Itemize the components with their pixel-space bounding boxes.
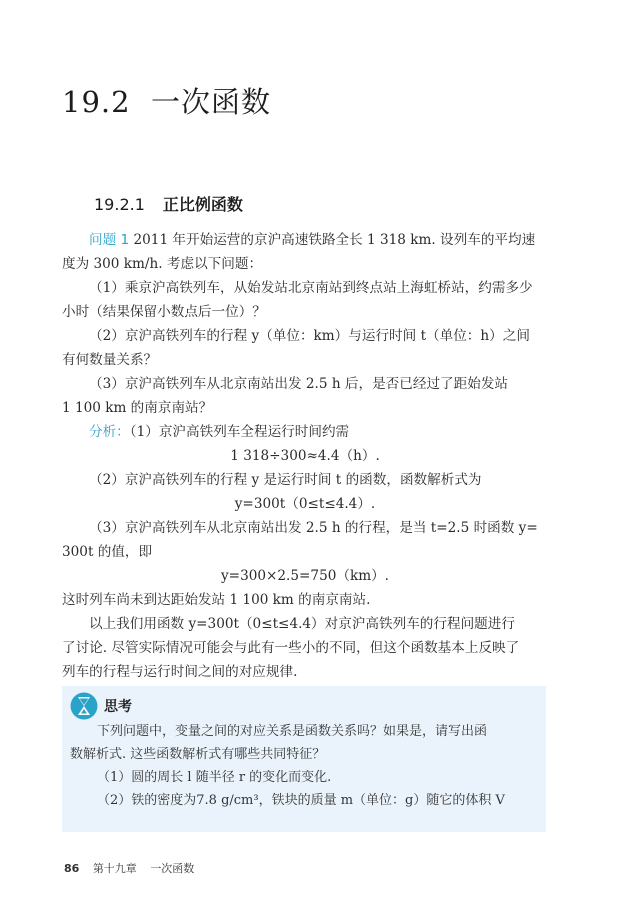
chapter-title: 一次函数 [150,862,194,875]
analysis-part3-cont: 300t 的值，即 [62,540,548,564]
hourglass-icon [70,692,98,720]
think-intro-cont: 数解析式. 这些函数解析式有哪些共同特征？ [70,743,540,766]
section-title: 19.2 一次函数 [62,80,271,121]
think-intro: 下列问题中，变量之间的对应关系是函数关系吗？如果是，请写出函 [70,720,540,743]
problem-line: 问题 1 2011 年开始运营的京沪高速铁路全长 1 318 km. 设列车的平… [62,228,548,252]
subsection-name: 正比例函数 [163,195,243,214]
section-name: 一次函数 [151,85,271,119]
chapter-label: 第十九章 [93,862,137,875]
analysis-label: 分析： [89,424,130,440]
subsection-number: 19.2.1 [94,195,145,214]
question-2: （2）京沪高铁列车的行程 y（单位：km）与运行时间 t（单位：h）之间 [62,324,548,348]
think-content: 下列问题中，变量之间的对应关系是函数关系吗？如果是，请写出函 数解析式. 这些函… [70,720,540,812]
analysis-conclusion: 这时列车尚未到达距始发站 1 100 km 的南京南站. [62,588,548,612]
think-header: 思考 [70,692,132,720]
page-number: 86 [64,862,79,875]
analysis-part2: （2）京沪高铁列车的行程 y 是运行时间 t 的函数，函数解析式为 [62,468,548,492]
analysis-part1: 分析：（1）京沪高铁列车全程运行时间约需 [62,420,548,444]
question-3-cont: 1 100 km 的南京南站？ [62,396,548,420]
think-box: 思考 下列问题中，变量之间的对应关系是函数关系吗？如果是，请写出函 数解析式. … [62,686,546,832]
section-number: 19.2 [62,85,131,119]
think-item-2: （2）铁的密度为7.8 g/cm³，铁块的质量 m（单位：g）随它的体积 V [70,789,540,812]
problem-line: 度为 300 km/h. 考虑以下问题： [62,252,548,276]
analysis-formula-1: 1 318÷300≈4.4（h）. [62,444,548,468]
subsection-title: 19.2.1正比例函数 [94,192,243,215]
think-title: 思考 [104,696,132,716]
problem-block: 问题 1 2011 年开始运营的京沪高速铁路全长 1 318 km. 设列车的平… [62,228,548,684]
discussion-line: 列车的行程与运行时间之间的对应规律. [62,660,548,684]
question-2-cont: 有何数量关系？ [62,348,548,372]
analysis-formula-3: y=300×2.5=750（km）. [62,564,548,588]
question-1-cont: 小时（结果保留小数点后一位）？ [62,300,548,324]
page-footer: 86 第十九章 一次函数 [64,860,194,876]
discussion-line: 了讨论. 尽管实际情况可能会与此有一些小的不同，但这个函数基本上反映了 [62,636,548,660]
problem-label: 问题 1 [89,232,129,248]
analysis-part3: （3）京沪高铁列车从北京南站出发 2.5 h 的行程，是当 t=2.5 时函数 … [62,516,548,540]
think-item-1: （1）圆的周长 l 随半径 r 的变化而变化. [70,766,540,789]
question-3: （3）京沪高铁列车从北京南站出发 2.5 h 后，是否已经过了距始发站 [62,372,548,396]
analysis-formula-2: y=300t（0≤t≤4.4）. [62,492,548,516]
discussion-line: 以上我们用函数 y=300t（0≤t≤4.4）对京沪高铁列车的行程问题进行 [62,612,548,636]
question-1: （1）乘京沪高铁列车，从始发站北京南站到终点站上海虹桥站，约需多少 [62,276,548,300]
